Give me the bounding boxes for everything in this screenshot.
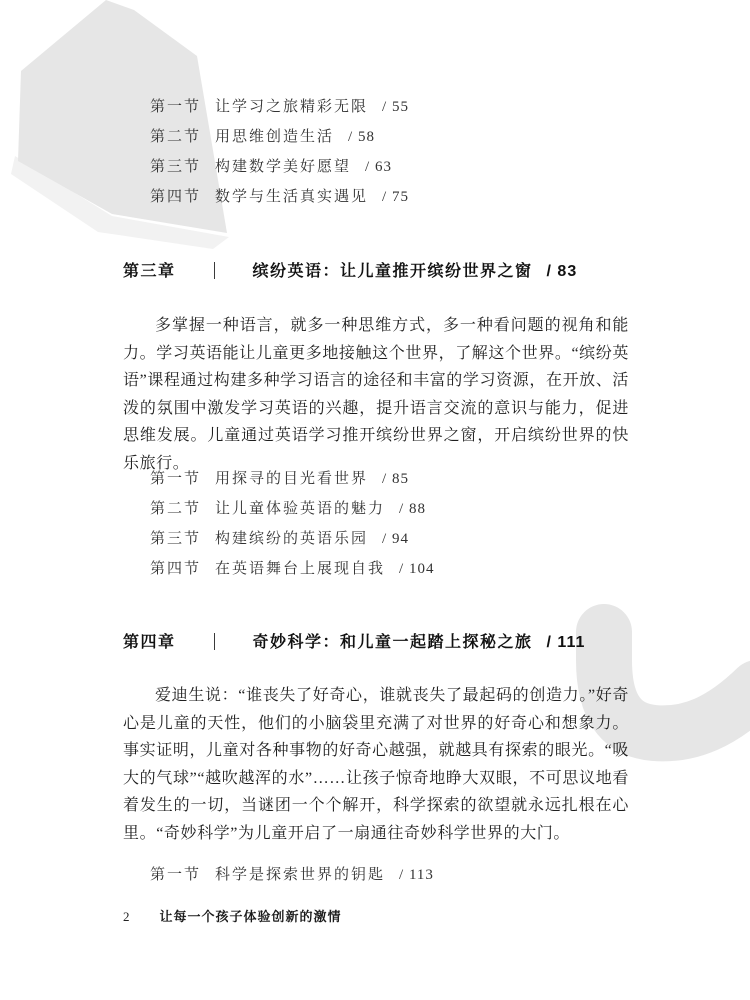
chapter-page-number: / 111	[547, 634, 586, 651]
chapter-number: 第四章	[123, 634, 176, 651]
footer-page-number: 2	[123, 909, 130, 925]
toc-section-item: 第一节让学习之旅精彩无限/ 55	[150, 92, 409, 122]
section-label: 第二节	[150, 122, 201, 152]
top-section-list: 第一节让学习之旅精彩无限/ 55 第二节用思维创造生活/ 58 第三节构建数学美…	[150, 92, 409, 212]
section-page-number: / 55	[382, 99, 409, 115]
chapter4-heading: 第四章奇妙科学：和儿童一起踏上探秘之旅/ 111	[123, 629, 585, 652]
section-label: 第三节	[150, 524, 201, 554]
toc-section-item: 第三节构建缤纷的英语乐园/ 94	[150, 524, 434, 554]
section-label: 第一节	[150, 92, 201, 122]
section-title: 用思维创造生活	[215, 129, 334, 145]
toc-section-item: 第二节让儿童体验英语的魅力/ 88	[150, 494, 434, 524]
section-label: 第一节	[150, 860, 201, 890]
section-label: 第一节	[150, 464, 201, 494]
chapter-page-number: / 83	[547, 263, 578, 280]
toc-section-item: 第一节用探寻的目光看世界/ 85	[150, 464, 434, 494]
section-title: 构建数学美好愿望	[215, 159, 351, 175]
section-title: 用探寻的目光看世界	[215, 471, 368, 487]
toc-section-item: 第一节科学是探索世界的钥匙/ 113	[150, 860, 434, 890]
chapter-title: 奇妙科学：和儿童一起踏上探秘之旅	[253, 634, 533, 651]
chapter-title: 缤纷英语：让儿童推开缤纷世界之窗	[253, 263, 533, 280]
toc-section-item: 第四节数学与生活真实遇见/ 75	[150, 182, 409, 212]
chapter3-section-list: 第一节用探寻的目光看世界/ 85 第二节让儿童体验英语的魅力/ 88 第三节构建…	[150, 464, 434, 584]
chapter4-intro-paragraph: 爱迪生说：“谁丧失了好奇心，谁就丧失了最起码的创造力。”好奇心是儿童的天性，他们…	[123, 682, 629, 847]
section-label: 第四节	[150, 554, 201, 584]
section-title: 构建缤纷的英语乐园	[215, 531, 368, 547]
heading-divider-bar	[214, 262, 215, 279]
section-page-number: / 113	[399, 867, 434, 883]
section-page-number: / 104	[399, 561, 434, 577]
section-page-number: / 58	[348, 129, 375, 145]
toc-page: 第一节让学习之旅精彩无限/ 55 第二节用思维创造生活/ 58 第三节构建数学美…	[0, 0, 750, 1000]
section-page-number: / 85	[382, 471, 409, 487]
chapter3-heading: 第三章缤纷英语：让儿童推开缤纷世界之窗/ 83	[123, 258, 577, 281]
section-title: 让学习之旅精彩无限	[215, 99, 368, 115]
section-title: 数学与生活真实遇见	[215, 189, 368, 205]
section-label: 第四节	[150, 182, 201, 212]
section-title: 在英语舞台上展现自我	[215, 561, 385, 577]
section-page-number: / 75	[382, 189, 409, 205]
section-page-number: / 63	[365, 159, 392, 175]
toc-section-item: 第二节用思维创造生活/ 58	[150, 122, 409, 152]
chapter3-intro-paragraph: 多掌握一种语言，就多一种思维方式，多一种看问题的视角和能力。学习英语能让儿童更多…	[123, 312, 629, 477]
section-page-number: / 88	[399, 501, 426, 517]
heading-divider-bar	[214, 633, 215, 650]
chapter-number: 第三章	[123, 263, 176, 280]
section-title: 让儿童体验英语的魅力	[215, 501, 385, 517]
toc-section-item: 第三节构建数学美好愿望/ 63	[150, 152, 409, 182]
section-page-number: / 94	[382, 531, 409, 547]
footer-book-title: 让每一个孩子体验创新的激情	[160, 909, 342, 924]
section-title: 科学是探索世界的钥匙	[215, 867, 385, 883]
page-footer: 2让每一个孩子体验创新的激情	[123, 906, 342, 925]
chapter4-section-list: 第一节科学是探索世界的钥匙/ 113	[150, 860, 434, 890]
section-label: 第二节	[150, 494, 201, 524]
section-label: 第三节	[150, 152, 201, 182]
toc-section-item: 第四节在英语舞台上展现自我/ 104	[150, 554, 434, 584]
